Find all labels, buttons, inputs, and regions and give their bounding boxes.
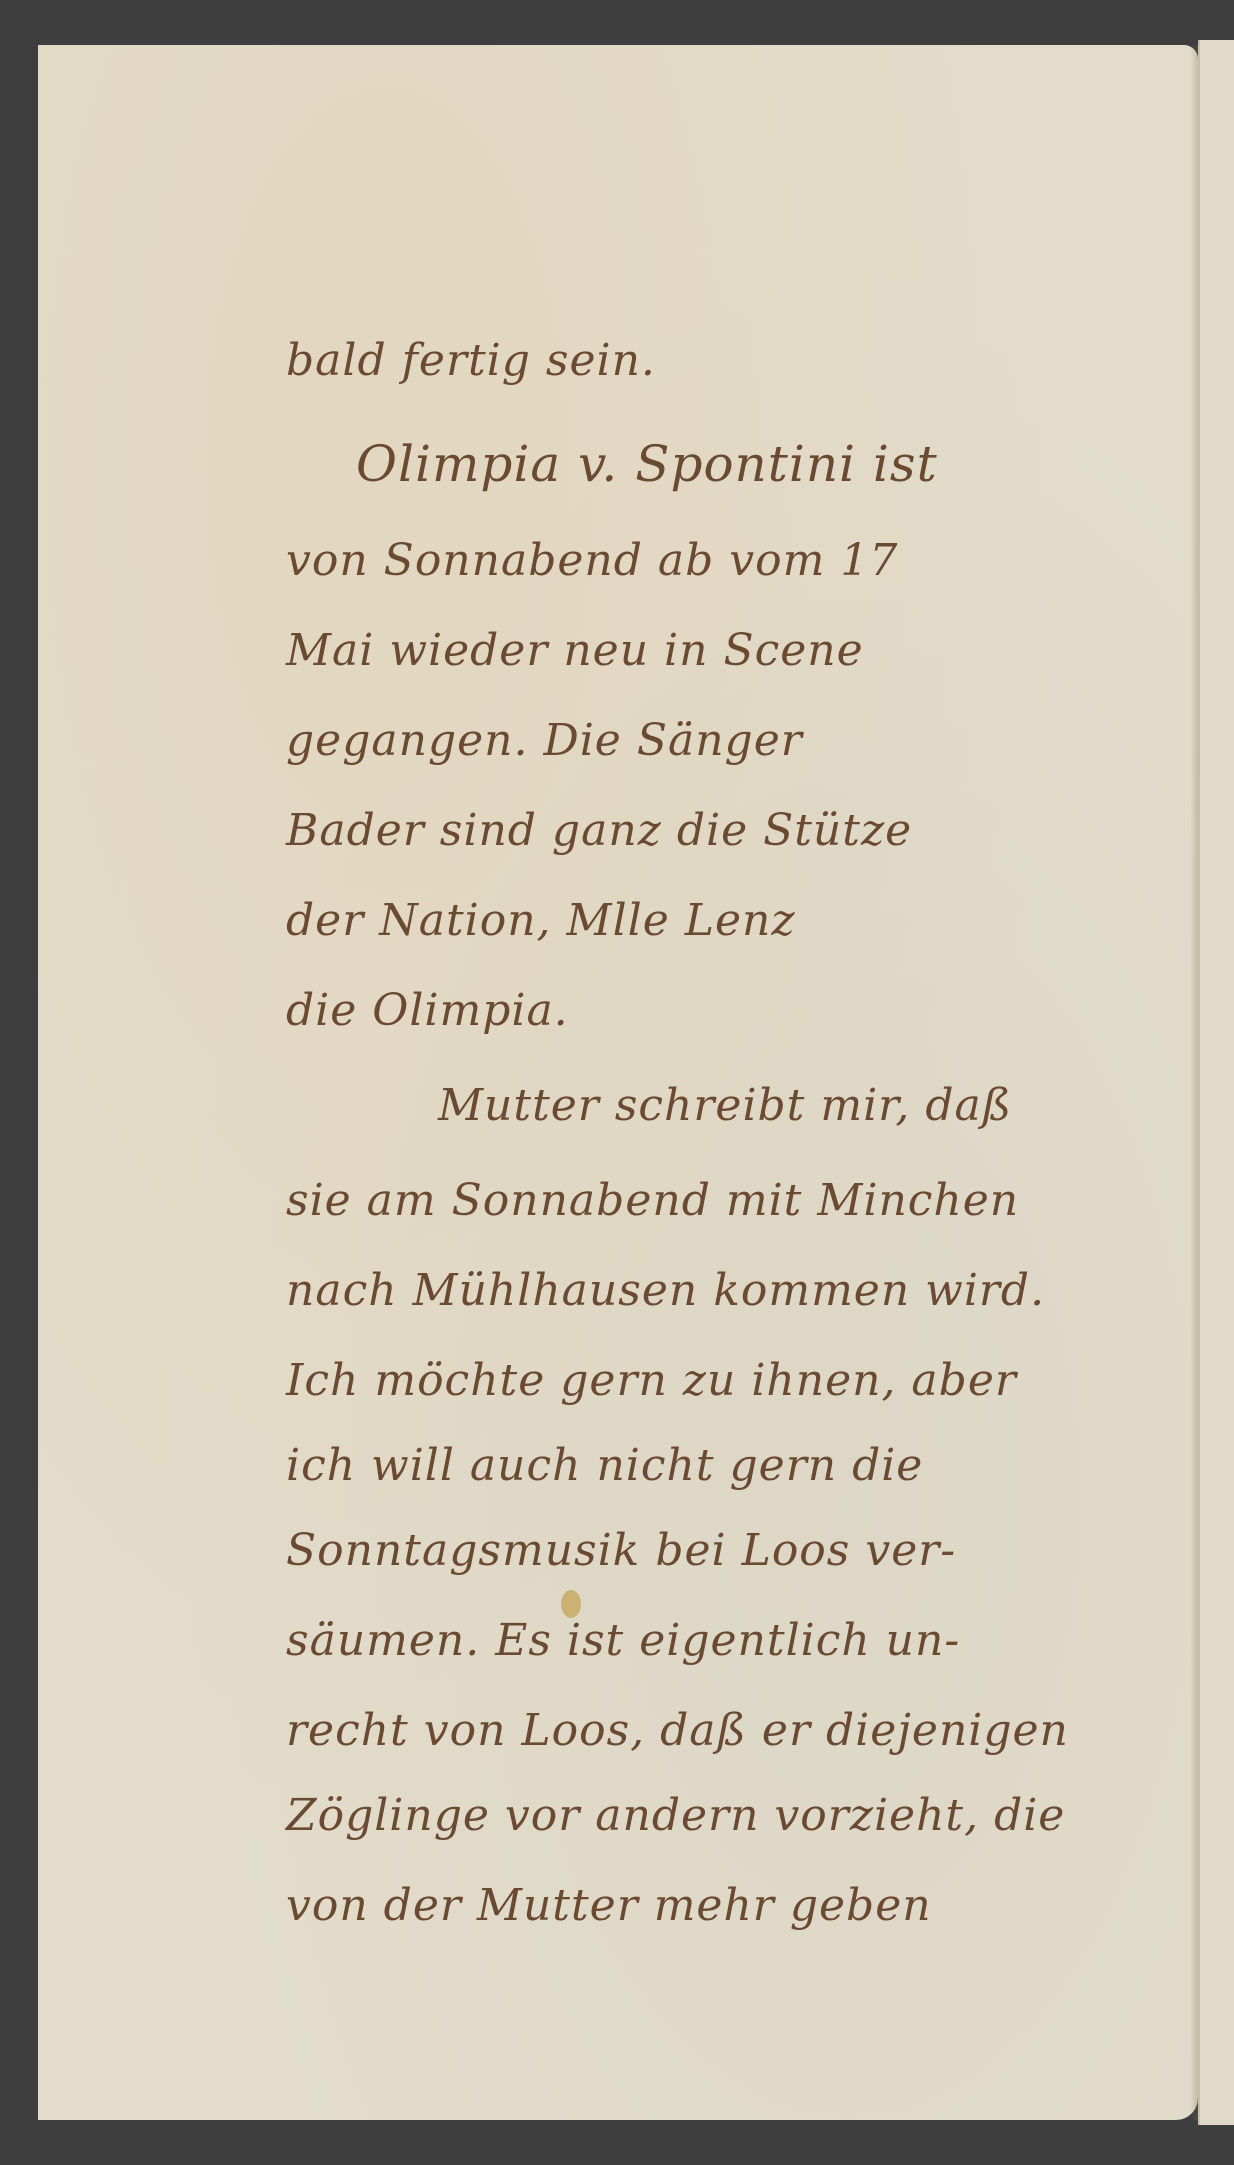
text-line: säumen. Es ist eigentlich un- [286,1615,960,1666]
text-line: von der Mutter mehr geben [286,1880,932,1931]
text-line: Zöglinge vor andern vorzieht, die [286,1790,1065,1841]
text-line: Sonntagsmusik bei Loos ver- [286,1525,956,1576]
text-line: recht von Loos, daß er diejenigen [286,1705,1069,1756]
text-line: gegangen. Die Sänger [286,715,803,766]
text-line: bald fertig sein. [286,335,656,386]
text-line: Ich möchte gern zu ihnen, aber [286,1355,1017,1406]
text-line: von Sonnabend ab vom 17 [286,535,898,586]
text-line: der Nation, Mlle Lenz [286,895,796,946]
text-line: Mai wieder neu in Scene [286,625,864,676]
text-line: ich will auch nicht gern die [286,1440,923,1491]
text-line: Bader sind ganz die Stütze [286,805,912,856]
text-line: Mutter schreibt mir, daß [438,1080,1012,1131]
manuscript-page: bald fertig sein. Olimpia v. Spontini is… [38,45,1198,2120]
ink-stain [561,1590,581,1618]
text-line: sie am Sonnabend mit Minchen [286,1175,1019,1226]
adjacent-page-edge [1198,40,1234,2125]
text-line: die Olimpia. [286,985,569,1036]
text-line: nach Mühlhausen kommen wird. [286,1265,1045,1316]
text-line: Olimpia v. Spontini ist [356,435,938,493]
